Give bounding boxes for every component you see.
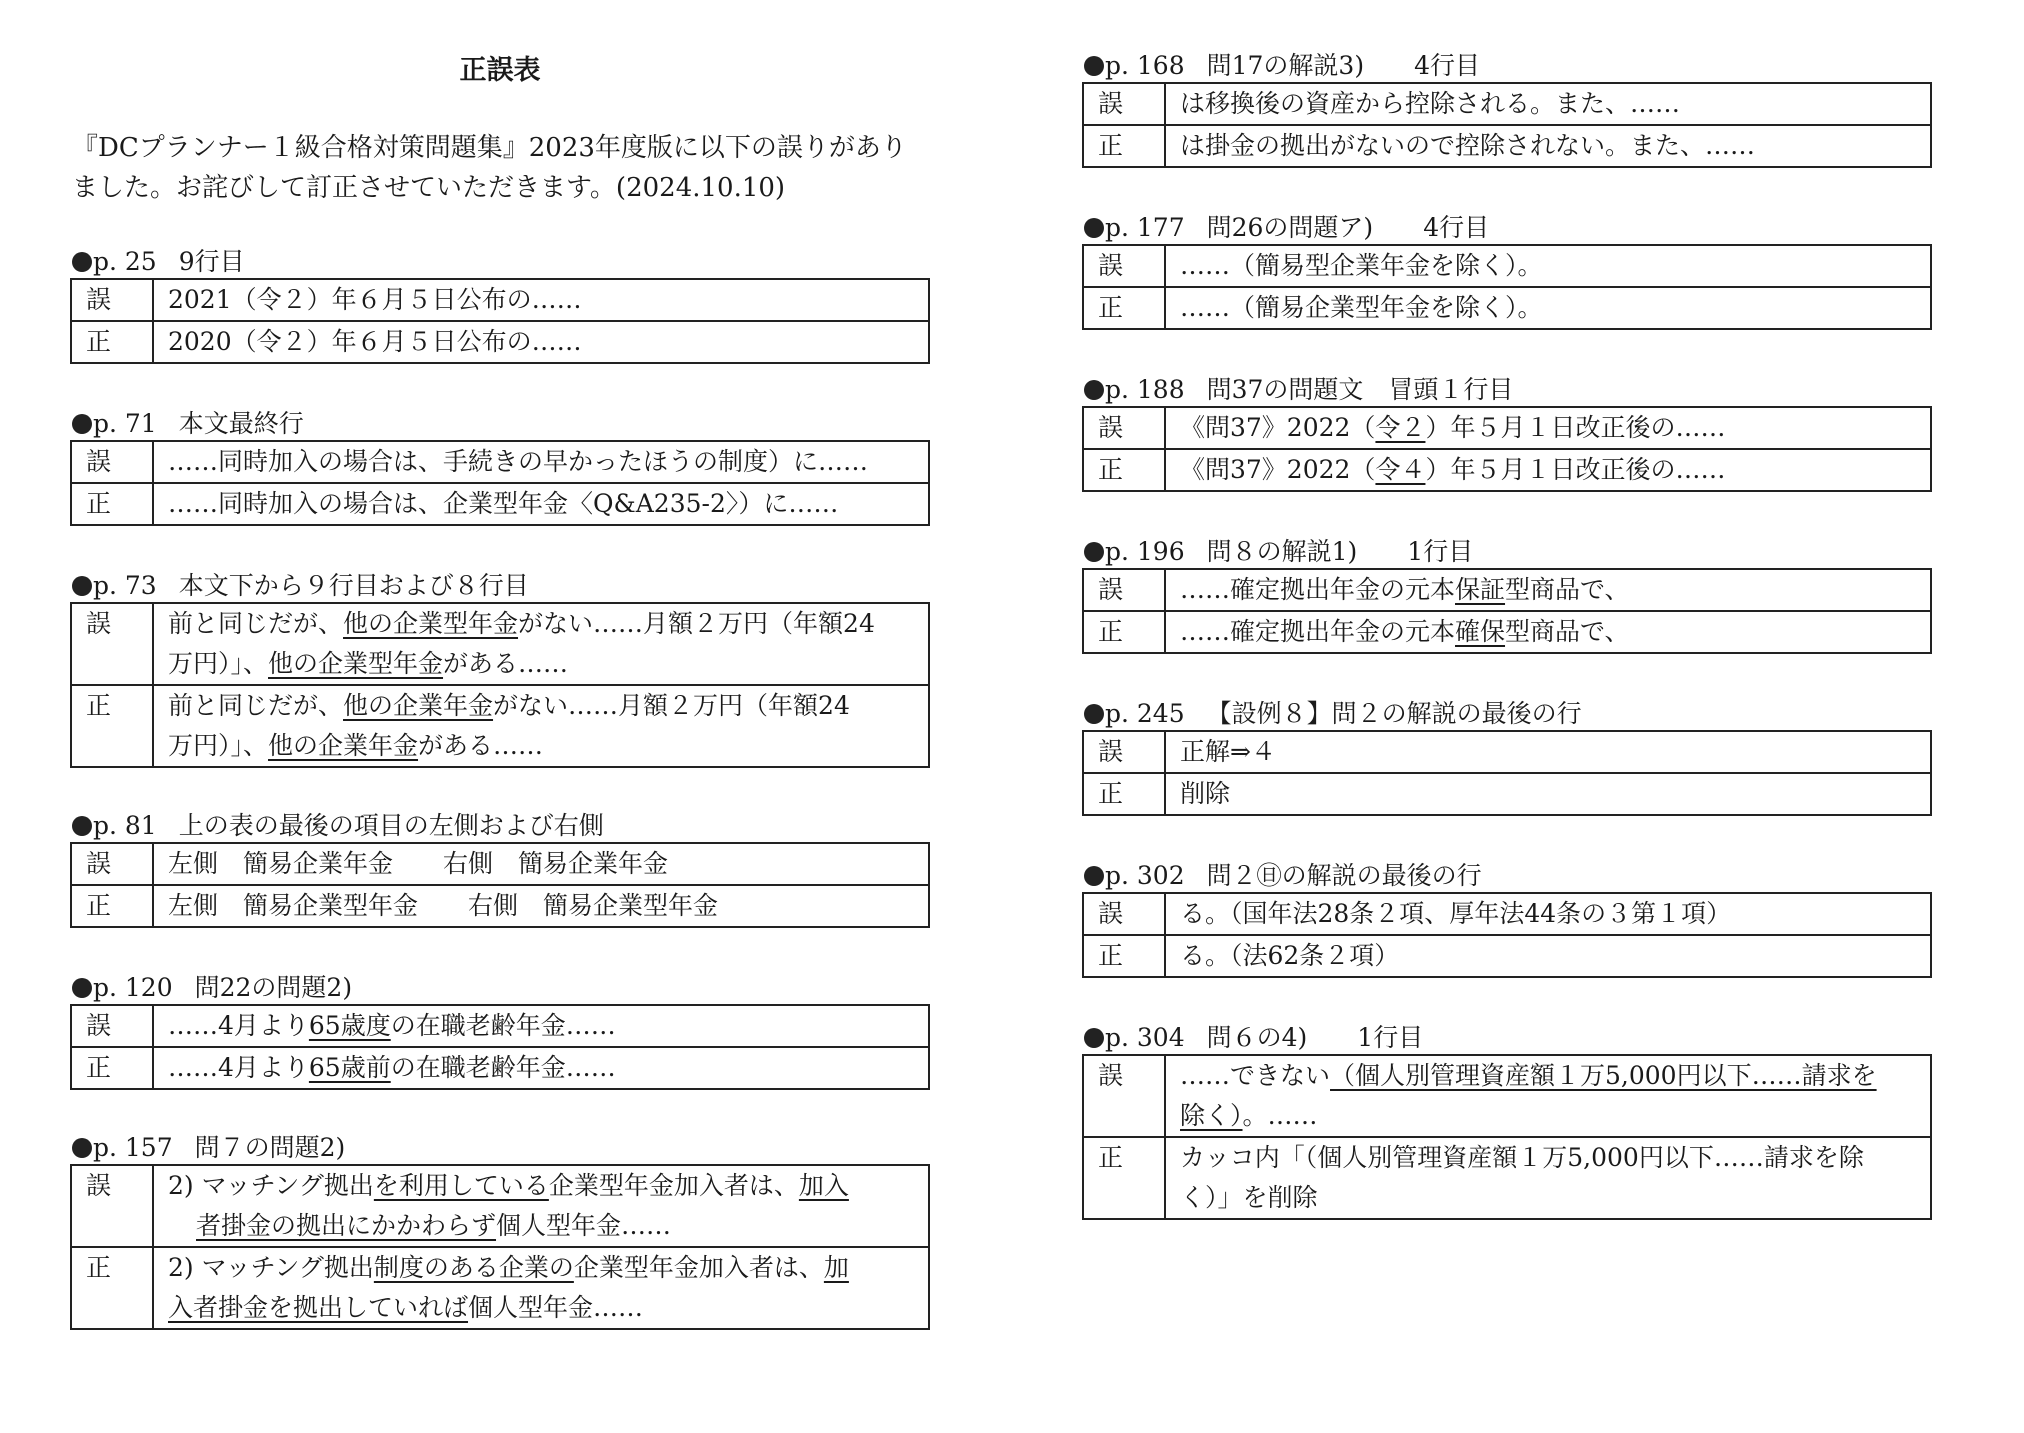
correct-text: 削除 xyxy=(1165,773,1931,815)
underlined-change: 他の企業年金 xyxy=(343,691,493,720)
errata-table: 誤……（簡易型企業年金を除く）。 正……（簡易企業型年金を除く）。 xyxy=(1082,244,1932,330)
errata-table: 誤左側 簡易企業年金 右側 簡易企業年金 正左側 簡易企業型年金 右側 簡易企業… xyxy=(70,842,930,928)
wrong-text: 2021（令２）年６月５日公布の…… xyxy=(153,279,929,321)
page-ref: p. 188 xyxy=(1105,375,1185,404)
erratum-heading: p. 304問６の4) 1行目 xyxy=(1084,1022,1932,1054)
wrong-row: 誤2021（令２）年６月５日公布の…… xyxy=(71,279,929,321)
bullet-icon xyxy=(1084,218,1104,238)
erratum-heading: p. 73本文下から９行目および８行目 xyxy=(72,570,930,602)
wrong-row: 誤 《問37》2022（令２）年５月１日改正後の…… xyxy=(1083,407,1931,449)
correct-text: 《問37》2022（令４）年５月１日改正後の…… xyxy=(1165,449,1931,491)
erratum-heading: p. 302問２㊐の解説の最後の行 xyxy=(1084,860,1932,892)
wrong-text: ……4月より65歳度の在職老齢年金…… xyxy=(153,1005,929,1047)
erratum-p188: p. 188問37の問題文 冒頭１行目 誤 《問37》2022（令２）年５月１日… xyxy=(1082,374,1932,492)
underlined-change: を利用している xyxy=(374,1171,549,1200)
wrong-label: 誤 xyxy=(1083,569,1165,611)
underlined-change: 除く） xyxy=(1180,1101,1243,1130)
page-ref: p. 120 xyxy=(93,973,173,1002)
underlined-change: 者掛金の拠出にかかわらず xyxy=(196,1211,496,1240)
underlined-change: 65歳前 xyxy=(309,1053,391,1082)
wrong-text: ……できない（個人別管理資産額１万5,000円以下……請求を 除く）。…… xyxy=(1165,1055,1931,1137)
erratum-p196: p. 196問８の解説1) 1行目 誤 ……確定拠出年金の元本保証型商品で、 正… xyxy=(1082,536,1932,654)
intro-text: 『DCプランナー１級合格対策問題集』2023年度版に以下の誤りがあり ました。お… xyxy=(72,128,952,208)
location: 9行目 xyxy=(179,247,245,276)
correct-text: ……同時加入の場合は、企業型年金〈Q&A235-2〉）に…… xyxy=(153,483,929,525)
page-ref: p. 177 xyxy=(1105,213,1185,242)
page-ref: p. 302 xyxy=(1105,861,1185,890)
errata-table: 誤……同時加入の場合は、手続きの早かったほうの制度）に…… 正……同時加入の場合… xyxy=(70,440,930,526)
erratum-heading: p. 196問８の解説1) 1行目 xyxy=(1084,536,1932,568)
intro-line-2: ました。お詫びして訂正させていただきます。(2024.10.10) xyxy=(72,168,952,208)
bullet-icon xyxy=(1084,56,1104,76)
correct-row: 正 《問37》2022（令４）年５月１日改正後の…… xyxy=(1083,449,1931,491)
wrong-text: は移換後の資産から控除される。また、…… xyxy=(1165,83,1931,125)
erratum-heading: p. 71本文最終行 xyxy=(72,408,930,440)
wrong-text: 2) マッチング拠出を利用している企業型年金加入者は、加入 者掛金の拠出にかかわ… xyxy=(153,1165,929,1247)
correct-row: 正 前と同じだが、他の企業年金がない……月額２万円（年額24 万円）」、他の企業… xyxy=(71,685,929,767)
wrong-text: る。（国年法28条２項、厚年法44条の３第１項） xyxy=(1165,893,1931,935)
erratum-heading: p. 120問22の問題2) xyxy=(72,972,930,1004)
errata-table: 誤 《問37》2022（令２）年５月１日改正後の…… 正 《問37》2022（令… xyxy=(1082,406,1932,492)
correct-row: 正る。（法62条２項） xyxy=(1083,935,1931,977)
correct-row: 正 2) マッチング拠出制度のある企業の企業型年金加入者は、加 入者掛金を拠出し… xyxy=(71,1247,929,1329)
underlined-change: 令４ xyxy=(1375,455,1425,484)
errata-table: 誤2021（令２）年６月５日公布の…… 正2020（令２）年６月５日公布の…… xyxy=(70,278,930,364)
wrong-row: 誤る。（国年法28条２項、厚年法44条の３第１項） xyxy=(1083,893,1931,935)
underlined-change: 制度のある企業の xyxy=(374,1253,574,1282)
errata-table: 誤 ……4月より65歳度の在職老齢年金…… 正 ……4月より65歳前の在職老齢年… xyxy=(70,1004,930,1090)
errata-table: 誤 前と同じだが、他の企業型年金がない……月額２万円（年額24 万円）」、他の企… xyxy=(70,602,930,768)
underlined-change: 加 xyxy=(824,1253,849,1282)
erratum-p71: p. 71本文最終行 誤……同時加入の場合は、手続きの早かったほうの制度）に……… xyxy=(70,408,930,526)
correct-label: 正 xyxy=(71,483,153,525)
underlined-change: 保証 xyxy=(1455,575,1505,604)
bullet-icon xyxy=(1084,542,1104,562)
erratum-p245: p. 245【設例８】問２の解説の最後の行 誤正解⇒４ 正削除 xyxy=(1082,698,1932,816)
erratum-heading: p. 245【設例８】問２の解説の最後の行 xyxy=(1084,698,1932,730)
underlined-change: 令２ xyxy=(1375,413,1425,442)
wrong-text: 左側 簡易企業年金 右側 簡易企業年金 xyxy=(153,843,929,885)
correct-row: 正……（簡易企業型年金を除く）。 xyxy=(1083,287,1931,329)
wrong-row: 誤正解⇒４ xyxy=(1083,731,1931,773)
correct-label: 正 xyxy=(1083,1137,1165,1219)
location: 問６の4) 1行目 xyxy=(1207,1023,1424,1052)
wrong-label: 誤 xyxy=(71,843,153,885)
page-ref: p. 304 xyxy=(1105,1023,1185,1052)
bullet-icon xyxy=(72,576,92,596)
underlined-change: 他の企業年金 xyxy=(268,731,418,760)
underlined-change: 入者掛金を拠出していれば xyxy=(168,1293,468,1322)
page-ref: p. 168 xyxy=(1105,51,1185,80)
page-ref: p. 71 xyxy=(93,409,157,438)
erratum-p177: p. 177問26の問題ア) 4行目 誤……（簡易型企業年金を除く）。 正……（… xyxy=(1082,212,1932,330)
wrong-row: 誤左側 簡易企業年金 右側 簡易企業年金 xyxy=(71,843,929,885)
correct-label: 正 xyxy=(1083,611,1165,653)
correct-row: 正は掛金の拠出がないので控除されない。また、…… xyxy=(1083,125,1931,167)
errata-table: 誤 2) マッチング拠出を利用している企業型年金加入者は、加入 者掛金の拠出にか… xyxy=(70,1164,930,1330)
wrong-label: 誤 xyxy=(71,1005,153,1047)
bullet-icon xyxy=(1084,1028,1104,1048)
bullet-icon xyxy=(72,1138,92,1158)
location: 上の表の最後の項目の左側および右側 xyxy=(179,811,604,840)
erratum-p120: p. 120問22の問題2) 誤 ……4月より65歳度の在職老齢年金…… 正 …… xyxy=(70,972,930,1090)
bullet-icon xyxy=(1084,704,1104,724)
wrong-row: 誤 前と同じだが、他の企業型年金がない……月額２万円（年額24 万円）」、他の企… xyxy=(71,603,929,685)
wrong-label: 誤 xyxy=(71,1165,153,1247)
page-ref: p. 25 xyxy=(93,247,157,276)
correct-row: 正 ……確定拠出年金の元本確保型商品で、 xyxy=(1083,611,1931,653)
wrong-row: 誤……同時加入の場合は、手続きの早かったほうの制度）に…… xyxy=(71,441,929,483)
correct-label: 正 xyxy=(1083,125,1165,167)
wrong-text: 前と同じだが、他の企業型年金がない……月額２万円（年額24 万円）」、他の企業型… xyxy=(153,603,929,685)
correct-text: 左側 簡易企業型年金 右側 簡易企業型年金 xyxy=(153,885,929,927)
wrong-row: 誤……（簡易型企業年金を除く）。 xyxy=(1083,245,1931,287)
errata-table: 誤 ……確定拠出年金の元本保証型商品で、 正 ……確定拠出年金の元本確保型商品で… xyxy=(1082,568,1932,654)
correct-row: 正……同時加入の場合は、企業型年金〈Q&A235-2〉）に…… xyxy=(71,483,929,525)
wrong-label: 誤 xyxy=(1083,83,1165,125)
correct-label: 正 xyxy=(1083,773,1165,815)
underlined-change: 他の企業型年金 xyxy=(343,609,518,638)
wrong-text: 《問37》2022（令２）年５月１日改正後の…… xyxy=(1165,407,1931,449)
erratum-p73: p. 73本文下から９行目および８行目 誤 前と同じだが、他の企業型年金がない…… xyxy=(70,570,930,768)
errata-table: 誤 ……できない（個人別管理資産額１万5,000円以下……請求を 除く）。…… … xyxy=(1082,1054,1932,1220)
erratum-heading: p. 157問７の問題2) xyxy=(72,1132,930,1164)
location: 問26の問題ア) 4行目 xyxy=(1207,213,1489,242)
erratum-heading: p. 259行目 xyxy=(72,246,930,278)
correct-label: 正 xyxy=(1083,935,1165,977)
underlined-change: 他の企業型年金 xyxy=(268,649,443,678)
location: 本文最終行 xyxy=(179,409,304,438)
correct-row: 正2020（令２）年６月５日公布の…… xyxy=(71,321,929,363)
correct-label: 正 xyxy=(71,1047,153,1089)
page-ref: p. 196 xyxy=(1105,537,1185,566)
location: 問２㊐の解説の最後の行 xyxy=(1207,861,1482,890)
bullet-icon xyxy=(72,978,92,998)
errata-table: 誤正解⇒４ 正削除 xyxy=(1082,730,1932,816)
erratum-p81: p. 81上の表の最後の項目の左側および右側 誤左側 簡易企業年金 右側 簡易企… xyxy=(70,810,930,928)
location: 問37の問題文 冒頭１行目 xyxy=(1207,375,1514,404)
underlined-change: 65歳度 xyxy=(309,1011,391,1040)
wrong-row: 誤 2) マッチング拠出を利用している企業型年金加入者は、加入 者掛金の拠出にか… xyxy=(71,1165,929,1247)
erratum-heading: p. 188問37の問題文 冒頭１行目 xyxy=(1084,374,1932,406)
wrong-label: 誤 xyxy=(1083,245,1165,287)
document-title: 正誤表 xyxy=(0,48,1000,87)
correct-text: 2) マッチング拠出制度のある企業の企業型年金加入者は、加 入者掛金を拠出してい… xyxy=(153,1247,929,1329)
page-ref: p. 157 xyxy=(93,1133,173,1162)
correct-text: ……（簡易企業型年金を除く）。 xyxy=(1165,287,1931,329)
wrong-row: 誤 ……確定拠出年金の元本保証型商品で、 xyxy=(1083,569,1931,611)
correct-label: 正 xyxy=(71,885,153,927)
wrong-row: 誤は移換後の資産から控除される。また、…… xyxy=(1083,83,1931,125)
location: 問17の解説3) 4行目 xyxy=(1207,51,1480,80)
intro-line-1: 『DCプランナー１級合格対策問題集』2023年度版に以下の誤りがあり xyxy=(72,128,952,168)
wrong-label: 誤 xyxy=(71,279,153,321)
page-ref: p. 245 xyxy=(1105,699,1185,728)
underlined-change: 確保 xyxy=(1455,617,1505,646)
location: 問22の問題2) xyxy=(195,973,352,1002)
bullet-icon xyxy=(72,252,92,272)
erratum-p168: p. 168問17の解説3) 4行目 誤は移換後の資産から控除される。また、……… xyxy=(1082,50,1932,168)
wrong-label: 誤 xyxy=(71,441,153,483)
correct-row: 正左側 簡易企業型年金 右側 簡易企業型年金 xyxy=(71,885,929,927)
page-ref: p. 73 xyxy=(93,571,157,600)
correct-label: 正 xyxy=(71,1247,153,1329)
wrong-text: ……（簡易型企業年金を除く）。 xyxy=(1165,245,1931,287)
correct-text: 前と同じだが、他の企業年金がない……月額２万円（年額24 万円）」、他の企業年金… xyxy=(153,685,929,767)
wrong-label: 誤 xyxy=(71,603,153,685)
underlined-change: （個人別管理資産額１万5,000円以下……請求を xyxy=(1330,1061,1877,1090)
correct-text: る。（法62条２項） xyxy=(1165,935,1931,977)
erratum-p25: p. 259行目 誤2021（令２）年６月５日公布の…… 正2020（令２）年６… xyxy=(70,246,930,364)
correct-text: 2020（令２）年６月５日公布の…… xyxy=(153,321,929,363)
location: 問７の問題2) xyxy=(195,1133,346,1162)
wrong-label: 誤 xyxy=(1083,893,1165,935)
wrong-row: 誤 ……できない（個人別管理資産額１万5,000円以下……請求を 除く）。…… xyxy=(1083,1055,1931,1137)
correct-label: 正 xyxy=(71,685,153,767)
location: 問８の解説1) 1行目 xyxy=(1207,537,1474,566)
correct-label: 正 xyxy=(1083,449,1165,491)
wrong-label: 誤 xyxy=(1083,731,1165,773)
bullet-icon xyxy=(72,414,92,434)
bullet-icon xyxy=(1084,866,1104,886)
wrong-text: ……同時加入の場合は、手続きの早かったほうの制度）に…… xyxy=(153,441,929,483)
wrong-text: ……確定拠出年金の元本保証型商品で、 xyxy=(1165,569,1931,611)
location: 本文下から９行目および８行目 xyxy=(179,571,529,600)
correct-text: ……確定拠出年金の元本確保型商品で、 xyxy=(1165,611,1931,653)
correct-row: 正削除 xyxy=(1083,773,1931,815)
correct-label: 正 xyxy=(1083,287,1165,329)
correct-label: 正 xyxy=(71,321,153,363)
correct-row: 正 カッコ内「（個人別管理資産額１万5,000円以下……請求を除 く）」を削除 xyxy=(1083,1137,1931,1219)
erratum-p157: p. 157問７の問題2) 誤 2) マッチング拠出を利用している企業型年金加入… xyxy=(70,1132,930,1330)
underlined-change: 加入 xyxy=(799,1171,849,1200)
wrong-label: 誤 xyxy=(1083,1055,1165,1137)
correct-row: 正 ……4月より65歳前の在職老齢年金…… xyxy=(71,1047,929,1089)
errata-table: 誤る。（国年法28条２項、厚年法44条の３第１項） 正る。（法62条２項） xyxy=(1082,892,1932,978)
correct-text: ……4月より65歳前の在職老齢年金…… xyxy=(153,1047,929,1089)
correct-text: カッコ内「（個人別管理資産額１万5,000円以下……請求を除 く）」を削除 xyxy=(1165,1137,1931,1219)
correct-text: は掛金の拠出がないので控除されない。また、…… xyxy=(1165,125,1931,167)
bullet-icon xyxy=(1084,380,1104,400)
erratum-p304: p. 304問６の4) 1行目 誤 ……できない（個人別管理資産額１万5,000… xyxy=(1082,1022,1932,1220)
bullet-icon xyxy=(72,816,92,836)
erratum-heading: p. 81上の表の最後の項目の左側および右側 xyxy=(72,810,930,842)
erratum-heading: p. 177問26の問題ア) 4行目 xyxy=(1084,212,1932,244)
wrong-text: 正解⇒４ xyxy=(1165,731,1931,773)
location: 【設例８】問２の解説の最後の行 xyxy=(1207,699,1582,728)
wrong-row: 誤 ……4月より65歳度の在職老齢年金…… xyxy=(71,1005,929,1047)
page-ref: p. 81 xyxy=(93,811,157,840)
erratum-p302: p. 302問２㊐の解説の最後の行 誤る。（国年法28条２項、厚年法44条の３第… xyxy=(1082,860,1932,978)
errata-table: 誤は移換後の資産から控除される。また、…… 正は掛金の拠出がないので控除されない… xyxy=(1082,82,1932,168)
erratum-heading: p. 168問17の解説3) 4行目 xyxy=(1084,50,1932,82)
wrong-label: 誤 xyxy=(1083,407,1165,449)
